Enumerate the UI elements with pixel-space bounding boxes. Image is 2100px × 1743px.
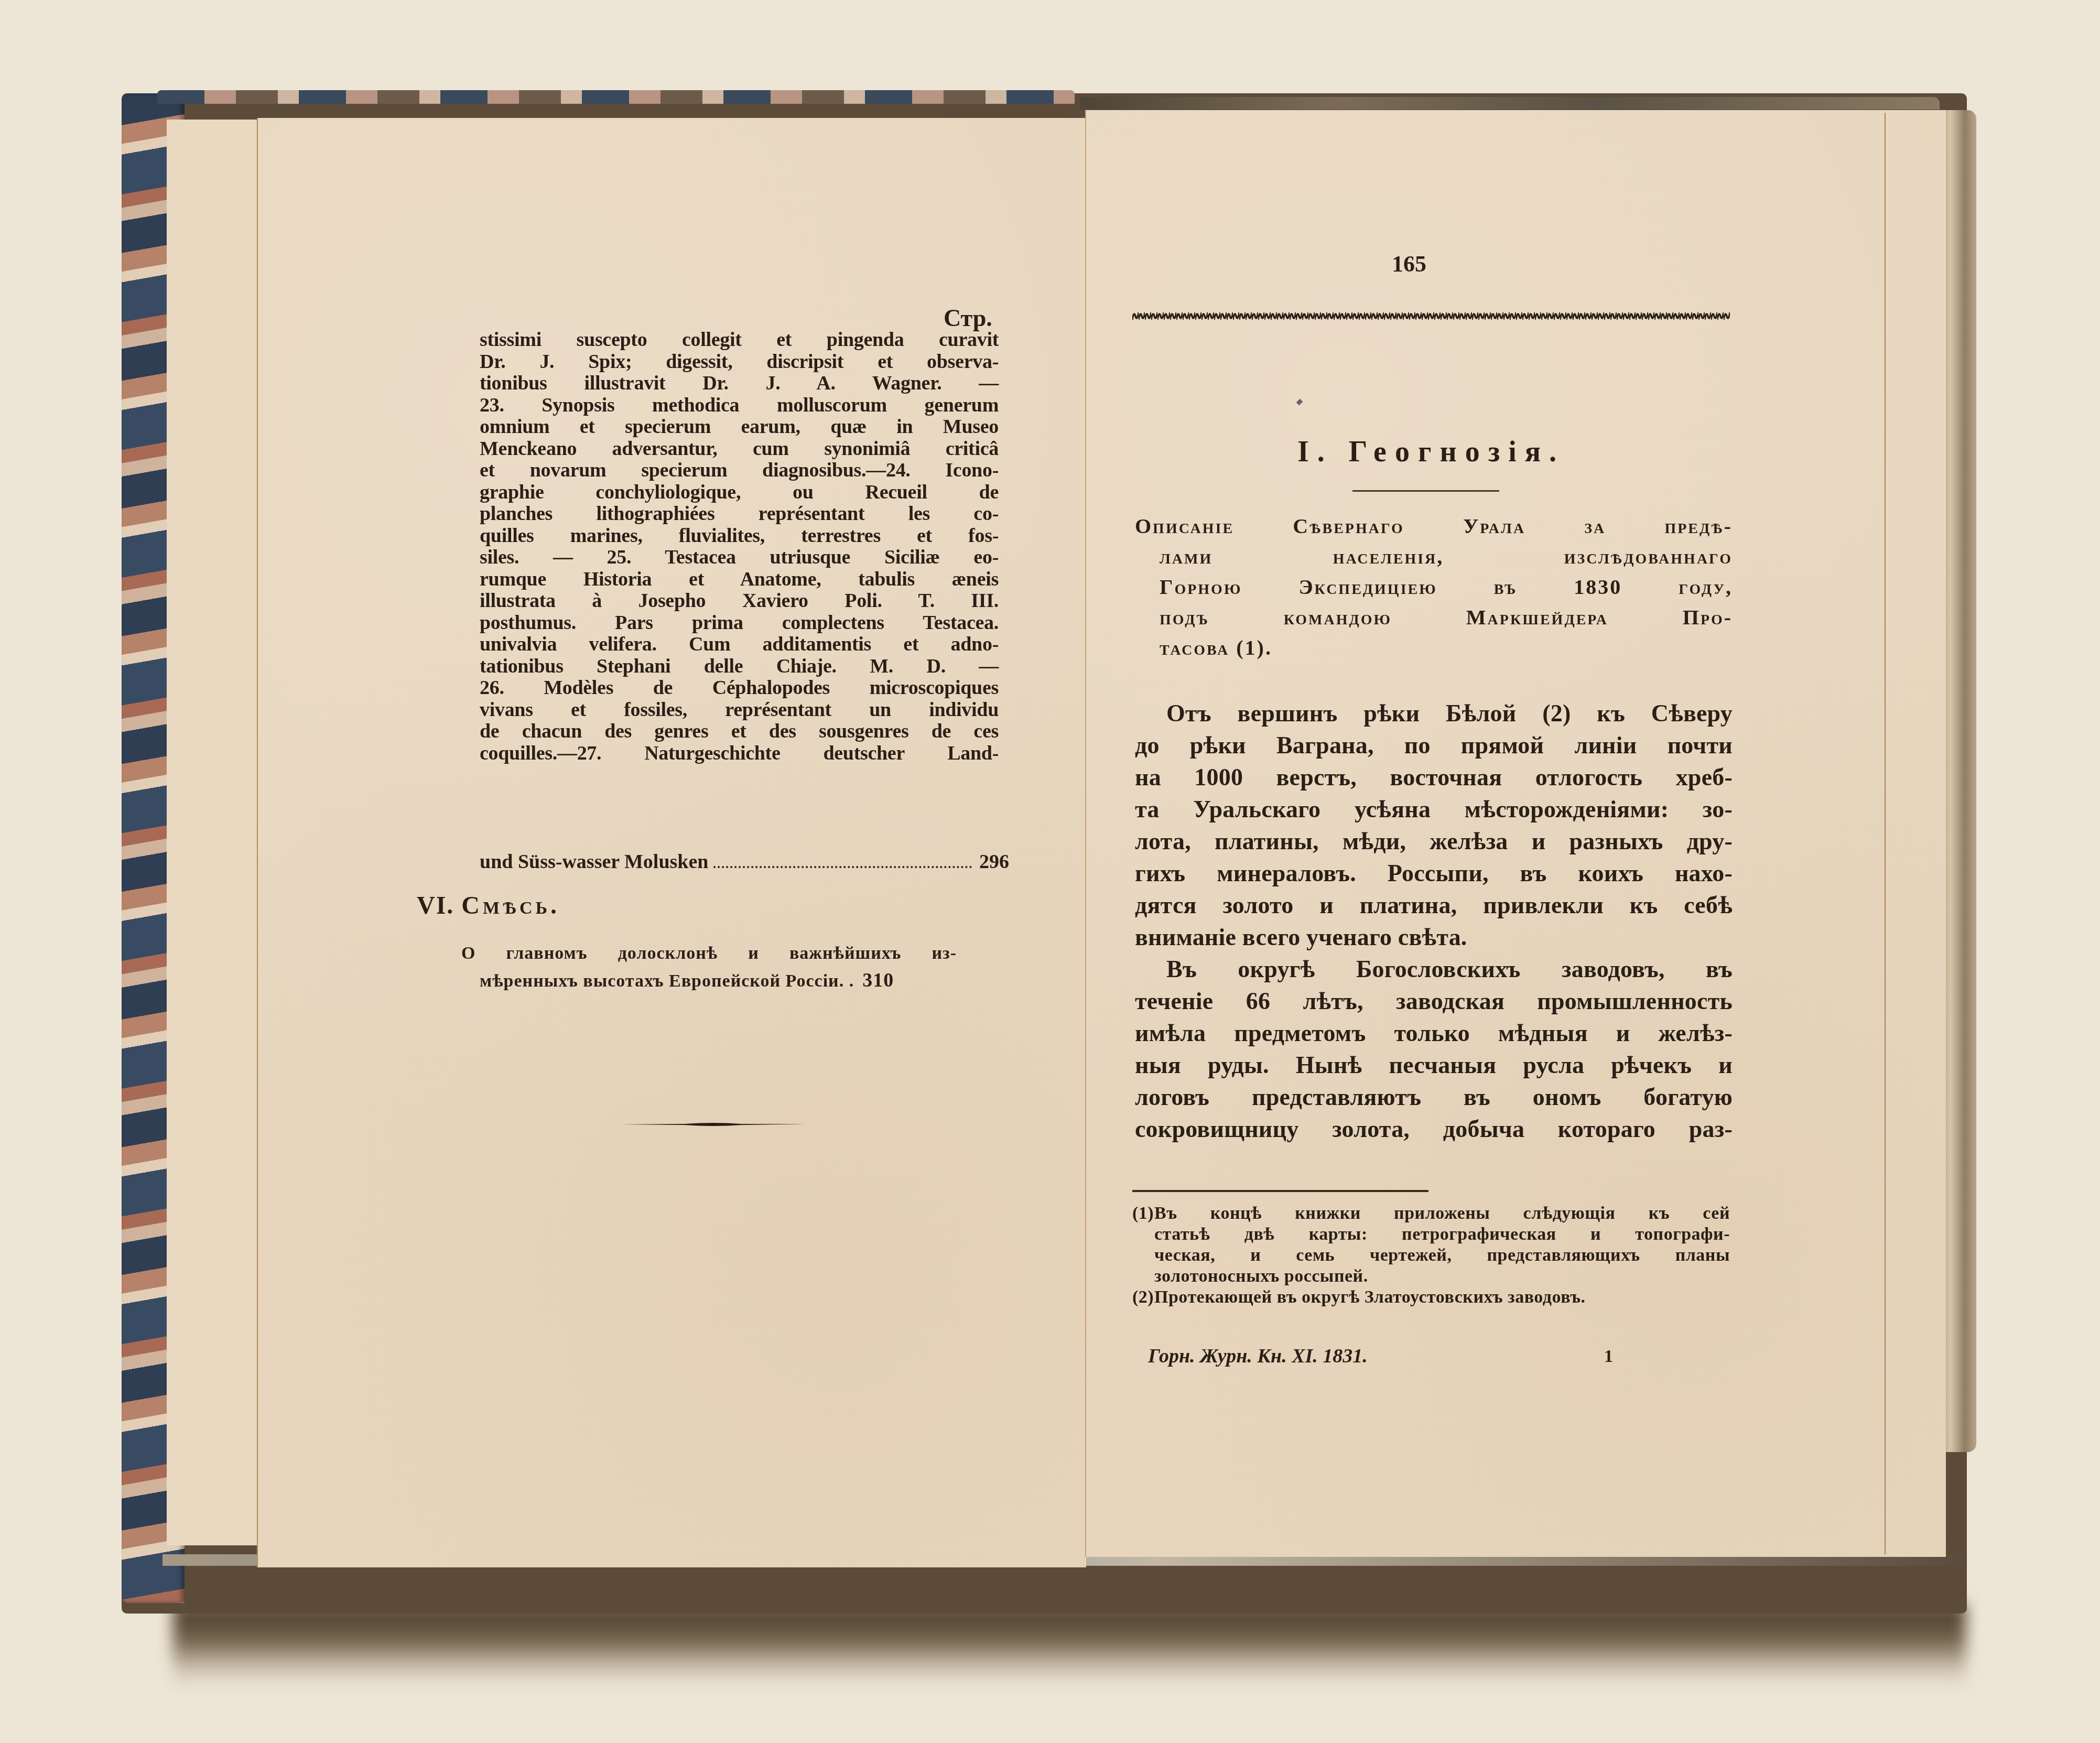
toc-entry-line: quilles marines, fluvialites, terrestres… — [480, 525, 999, 547]
page-column-header: Стр. — [944, 304, 992, 332]
paragraph-line: Въ округѣ Богословскихъ заводовъ, въ — [1135, 953, 1733, 985]
journal-reference: Горн. Журн. Кн. XI. 1831. — [1148, 1345, 1368, 1367]
toc-entry-line: rumque Historia et Anatome, tabulis ænei… — [480, 569, 999, 591]
toc-entry-line: Dr. J. Spix; digessit, discripsit et obs… — [480, 351, 999, 373]
footnote-text: Въ концѣ книжки приложены слѣдующія къ с… — [1154, 1203, 1730, 1287]
chapter-heading: I. Геогнозія. — [1221, 435, 1641, 469]
toc-entry-text: stissimi suscepto collegit et pingenda c… — [480, 329, 999, 764]
footnote-text: Протекающей въ округѣ Златоустовскихъ за… — [1154, 1287, 1730, 1308]
tapered-rule-ornament — [621, 1122, 805, 1127]
paragraph-line: вниманіе всего ученаго свѣта. — [1135, 921, 1733, 953]
toc-entry-line: planches lithographiées représentant les… — [480, 503, 999, 525]
footnote-mark: (2) — [1132, 1287, 1154, 1308]
signature-line: Горн. Журн. Кн. XI. 1831. 1 — [1148, 1345, 1620, 1368]
footnote-line: ческая, и семь чертежей, представляющихъ… — [1154, 1245, 1730, 1266]
title-line: Горною Экспедиціею въ 1830 году, — [1135, 572, 1733, 602]
toc-entry-line: coquilles.—27. Naturgeschichte deutscher… — [480, 743, 999, 765]
paragraph-line: ныя руды. Нынѣ песчаныя русла рѣчекъ и — [1135, 1049, 1733, 1081]
flyleaf-stub — [167, 120, 260, 1545]
toc-entry-line: siles. — 25. Testacea utriusque Siciliæ … — [480, 547, 999, 569]
paragraph-line: дятся золото и платина, привлекли къ себ… — [1135, 889, 1733, 921]
marbled-cover-top-edge — [157, 90, 1075, 104]
toc-misc-entry-text: мѣренныхъ высотахъ Европейской Россіи. . — [480, 971, 854, 991]
signature-mark: 1 — [1604, 1347, 1613, 1367]
toc-entry-line: graphie conchyliologique, ou Recueil de — [480, 482, 999, 504]
page-number: 165 — [1392, 251, 1426, 277]
title-line: Описаніе Сѣвернаго Урала за предѣ- — [1135, 511, 1733, 542]
footnote: (2)Протекающей въ округѣ Златоустовскихъ… — [1132, 1287, 1730, 1308]
heading-rule — [1352, 490, 1499, 492]
toc-misc-entry-line1: О главномъ долосклонѣ и важнѣйшихъ из- — [461, 944, 957, 963]
title-line: лами населенія, изслѣдованнаго — [1135, 542, 1733, 572]
footnote-line: Протекающей въ округѣ Златоустовскихъ за… — [1154, 1287, 1730, 1308]
toc-entry-line: omnium et specierum earum, quæ in Museo — [480, 416, 999, 438]
toc-entry-line: Menckeano adversantur, cum synonimiâ cri… — [480, 438, 999, 460]
page-edge-line — [1885, 113, 1886, 1554]
footnote-separator — [1132, 1190, 1428, 1192]
toc-entry-line: 26. Modèles de Céphalopodes microscopiqu… — [480, 677, 999, 699]
leader-dots — [713, 866, 972, 868]
toc-entry-line: stissimi suscepto collegit et pingenda c… — [480, 329, 999, 351]
paragraph-line: лота, платины, мѣди, желѣза и разныхъ др… — [1135, 825, 1733, 857]
toc-entry-line: posthumus. Pars prima complectens Testac… — [480, 612, 999, 634]
toc-entry-line: de chacun des genres et des sousgenres d… — [480, 721, 999, 743]
footnote-line: статьѣ двѣ карты: петрографическая и топ… — [1154, 1224, 1730, 1245]
toc-entry-line: et novarum specierum diagnosibus.—24. Ic… — [480, 460, 999, 482]
toc-entry-line: tationibus Stephani delle Chiaje. M. D. … — [480, 656, 999, 678]
toc-entry-line: illustrata à Josepho Xaviero Poli. T. II… — [480, 590, 999, 612]
toc-misc-page-number: 310 — [862, 969, 894, 992]
paragraph-line: до рѣки Ваграна, по прямой линіи почти — [1135, 729, 1733, 761]
toc-page-number: 296 — [979, 850, 1009, 873]
section-title: Смѣсь. — [461, 892, 560, 919]
toc-entry-line: univalvia velifera. Cum additamentis et … — [480, 634, 999, 656]
paragraph-line: имѣла предметомъ только мѣдныя и желѣз- — [1135, 1017, 1733, 1049]
footnote-line: золотоносныхъ россыпей. — [1154, 1266, 1730, 1287]
toc-entry-line: vivans et fossiles, représentant un indi… — [480, 699, 999, 721]
paragraph-line: теченіе 66 лѣтъ, заводская промышленност… — [1135, 985, 1733, 1017]
title-line: тасова (1). — [1135, 633, 1733, 663]
article-body: Отъ вершинъ рѣки Бѣлой (2) къ Сѣверудо р… — [1135, 697, 1733, 1145]
toc-misc-entry-line2: мѣренныхъ высотахъ Европейской Россіи. .… — [480, 969, 1009, 992]
toc-entry-line: 23. Synopsis methodica molluscorum gener… — [480, 395, 999, 417]
toc-entry-line: tionibus illustravit Dr. J. A. Wagner. — — [480, 373, 999, 395]
paragraph-line: логовъ представляютъ въ ономъ богатую — [1135, 1081, 1733, 1113]
footnote-mark: (1) — [1132, 1203, 1154, 1287]
toc-section-heading: VI. Смѣсь. — [417, 891, 560, 920]
paragraph-line: Отъ вершинъ рѣки Бѣлой (2) къ Сѣверу — [1135, 697, 1733, 729]
toc-entry-final-text: und Süss-wasser Molusken — [480, 850, 708, 873]
cover-top-right-edge — [1080, 97, 1940, 110]
book-shadow — [173, 1604, 1966, 1688]
article-title: Описаніе Сѣвернаго Урала за предѣ-лами н… — [1135, 511, 1733, 663]
footnotes: (1)Въ концѣ книжки приложены слѣдующія к… — [1132, 1203, 1730, 1308]
wavy-rule-ornament — [1132, 308, 1730, 324]
toc-entry-final-line: und Süss-wasser Molusken 296 — [480, 850, 1009, 873]
paragraph-line: гихъ минераловъ. Россыпи, въ коихъ нахо- — [1135, 857, 1733, 889]
paragraph-line: сокровищницу золота, добыча котораго раз… — [1135, 1113, 1733, 1145]
paragraph-line: на 1000 верстъ, восточная отлогость хреб… — [1135, 761, 1733, 793]
footnote-line: Въ концѣ книжки приложены слѣдующія къ с… — [1154, 1203, 1730, 1224]
title-line: подъ командою Маркшейдера Про- — [1135, 602, 1733, 633]
section-numeral: VI. — [417, 892, 454, 919]
footnote: (1)Въ концѣ книжки приложены слѣдующія к… — [1132, 1203, 1730, 1287]
paragraph-line: та Уральскаго усѣяна мѣсторожденіями: зо… — [1135, 793, 1733, 825]
